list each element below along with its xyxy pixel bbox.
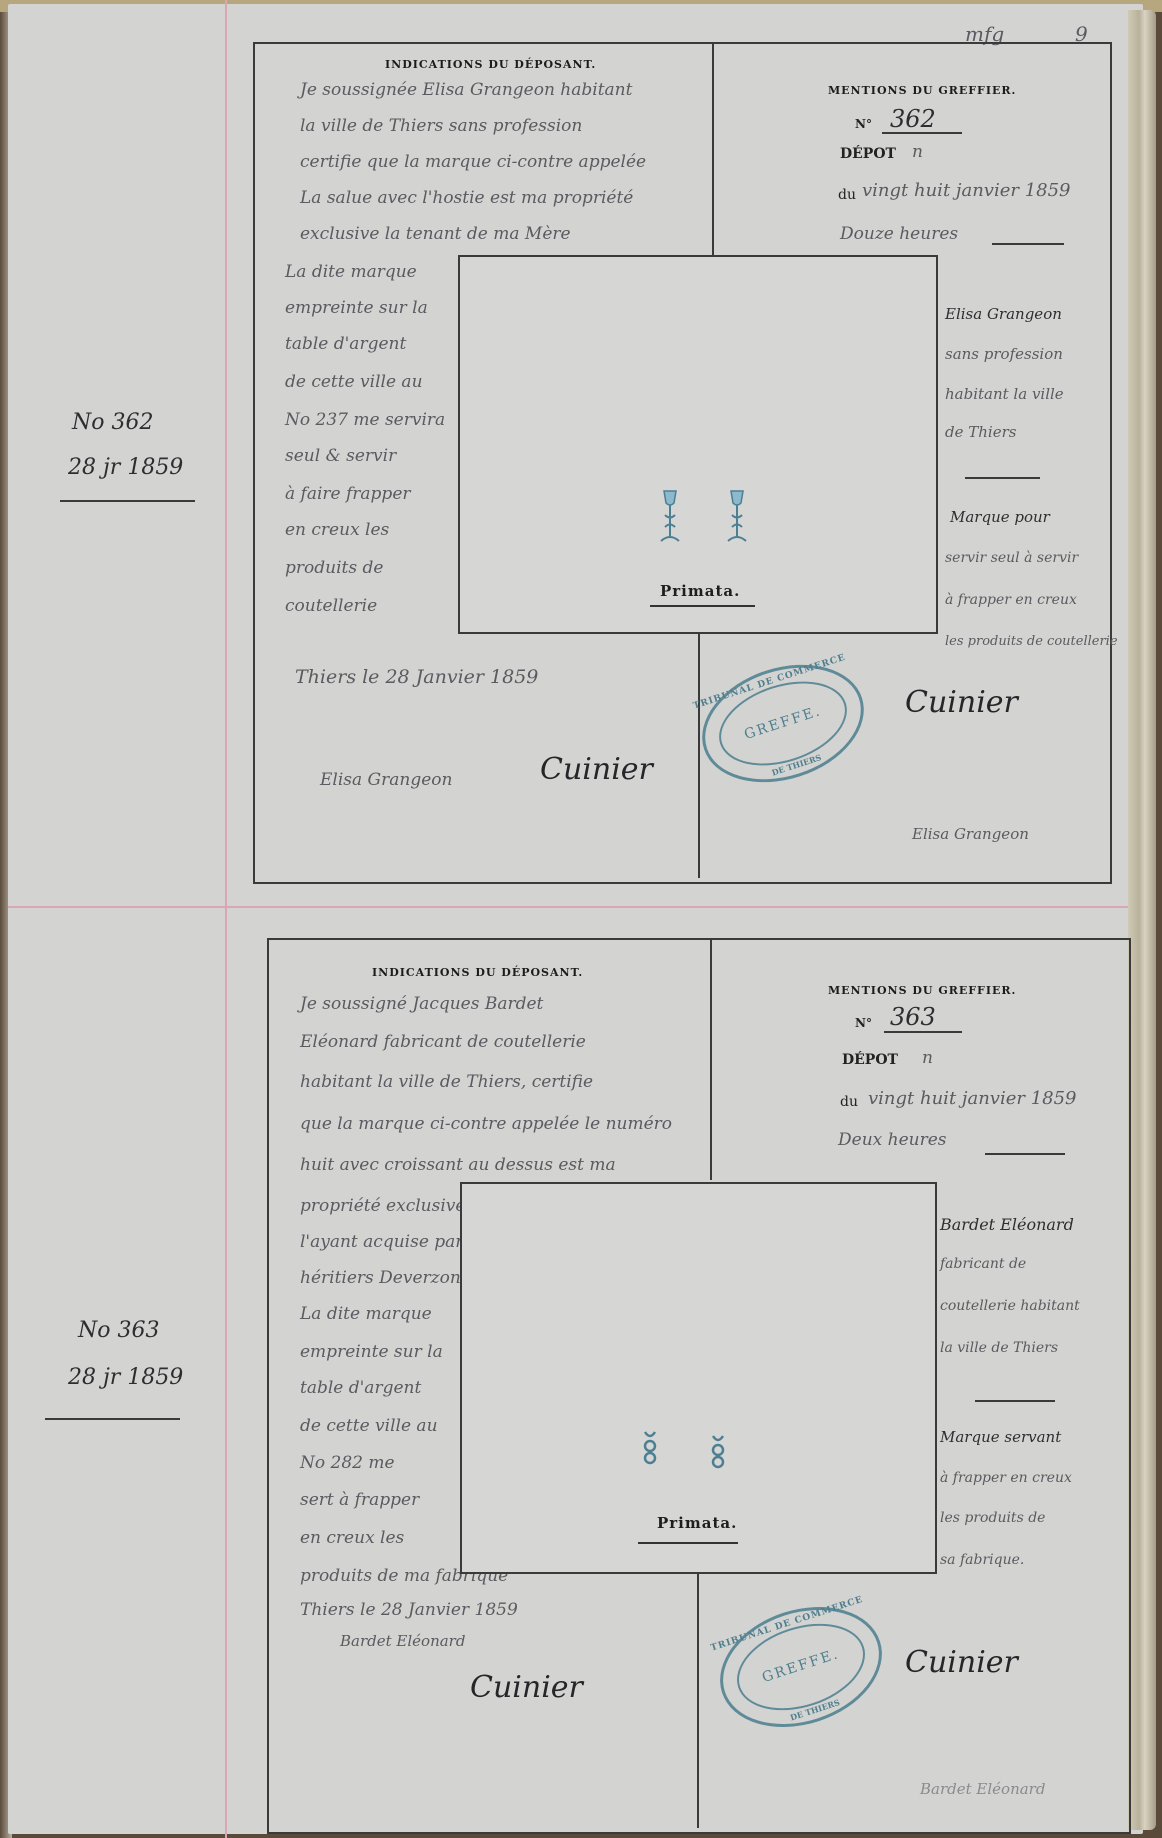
depositor-line: La dite marque [300, 1304, 432, 1324]
depositor-line: exclusive la tenant de ma Mère [300, 224, 571, 244]
column-divider-bottom [698, 633, 700, 878]
owner-line: Bardet Eléonard [940, 1215, 1074, 1234]
place-date: Thiers le 28 Janvier 1859 [300, 1600, 518, 1620]
owner-line: Elisa Grangeon [945, 305, 1062, 323]
depositor-line: certifie que la marque ci-contre appelée [300, 152, 646, 172]
crescent-eight-mark-icon [640, 1428, 660, 1468]
clerk-signature: Cuinier [905, 685, 1018, 720]
du-label: du [840, 1094, 858, 1110]
owner-underline [975, 1400, 1055, 1402]
margin-underline [45, 1418, 180, 1420]
depositor-line: No 237 me servira [285, 410, 445, 430]
mark-impression-box: Primata. [458, 255, 938, 634]
depositor-line: l'ayant acquise par [300, 1232, 463, 1252]
purpose-line: Marque pour [950, 508, 1050, 526]
owner-line: coutellerie habitant [940, 1298, 1080, 1314]
depot-suffix: n [922, 1048, 933, 1068]
number-underline [884, 1031, 962, 1033]
owner-line: sans profession [945, 345, 1063, 363]
owner-line: de Thiers [945, 423, 1016, 441]
depositor-line: sert à frapper [300, 1490, 419, 1510]
page-stack-edge [1128, 10, 1156, 1830]
mark-label-underline [638, 1542, 738, 1544]
purpose-line: servir seul à servir [945, 550, 1078, 566]
margin-rule-vertical [225, 0, 227, 1838]
mark-impression-box: Primata. [460, 1182, 937, 1574]
clerk-signature: Cuinier [470, 1670, 583, 1705]
number-label: N° [855, 117, 872, 131]
deposit-time: Deux heures [838, 1130, 947, 1150]
depositor-line: en creux les [300, 1528, 404, 1548]
place-date: Thiers le 28 Janvier 1859 [295, 666, 538, 688]
depositor-header: INDICATIONS DU DÉPOSANT. [385, 58, 596, 71]
depositor-line: Je soussignée Elisa Grangeon habitant [300, 80, 632, 100]
time-underline [992, 243, 1064, 245]
column-divider-bottom [697, 1572, 699, 1828]
deposit-date: vingt huit janvier 1859 [862, 180, 1071, 201]
depositor-line: empreinte sur la [285, 298, 428, 318]
mark-label: Primata. [657, 1514, 737, 1532]
depositor-line: à faire frapper [285, 484, 411, 504]
depot-label: DÉPOT [842, 1052, 898, 1068]
mark-label: Primata. [660, 582, 740, 600]
depositor-line: en creux les [285, 520, 389, 540]
deposit-date: vingt huit janvier 1859 [868, 1088, 1077, 1109]
depositor-line: coutellerie [285, 596, 377, 616]
margin-number: No 362 [72, 410, 153, 435]
depositor-line: empreinte sur la [300, 1342, 443, 1362]
chalice-mark-icon [655, 487, 685, 547]
depositor-line: la ville de Thiers sans profession [300, 116, 582, 136]
depositor-signature: Bardet Eléonard [340, 1632, 465, 1650]
owner-line: habitant la ville [945, 385, 1064, 403]
column-divider-top [712, 44, 714, 257]
purpose-line: les produits de [940, 1510, 1045, 1526]
depot-label: DÉPOT [840, 146, 896, 162]
depositor-line: de cette ville au [285, 372, 423, 392]
margin-underline [60, 500, 195, 502]
depositor-line: seul & servir [285, 446, 396, 466]
clerk-signature: Cuinier [540, 752, 653, 787]
owner-line: fabricant de [940, 1256, 1026, 1272]
depositor-line: No 282 me [300, 1453, 395, 1473]
depositor-line: La salue avec l'hostie est ma propriété [300, 188, 633, 208]
deposit-number: 362 [890, 105, 936, 133]
margin-date: 28 jr 1859 [68, 455, 183, 480]
owner-underline [965, 477, 1040, 479]
depositor-signature: Elisa Grangeon [320, 770, 452, 790]
purpose-line: à frapper en creux [945, 592, 1077, 608]
depositor-header: INDICATIONS DU DÉPOSANT. [372, 966, 583, 979]
depositor-line: de cette ville au [300, 1416, 438, 1436]
depot-suffix: n [912, 142, 923, 162]
depositor-line: table d'argent [285, 334, 406, 354]
purpose-line: les produits de coutellerie [945, 634, 1118, 649]
depositor-line: huit avec croissant au dessus est ma [300, 1155, 616, 1175]
deposit-time: Douze heures [840, 224, 958, 244]
depositor-line: Je soussigné Jacques Bardet [300, 994, 543, 1014]
depositor-signature: Bardet Eléonard [920, 1780, 1045, 1798]
chalice-mark-icon [722, 487, 752, 547]
depositor-line: propriété exclusive [300, 1196, 465, 1216]
number-underline [882, 132, 962, 134]
margin-date: 28 jr 1859 [68, 1365, 183, 1390]
depositor-line: habitant la ville de Thiers, certifie [300, 1072, 593, 1092]
clerk-signature: Cuinier [905, 1645, 1018, 1680]
time-underline [985, 1153, 1065, 1155]
purpose-line: Marque servant [940, 1428, 1061, 1446]
owner-line: la ville de Thiers [940, 1340, 1058, 1356]
depositor-line: que la marque ci-contre appelée le numér… [300, 1114, 672, 1134]
depositor-line: héritiers Deverzon [300, 1268, 461, 1288]
clerk-header: MENTIONS DU GREFFIER. [828, 84, 1016, 97]
deposit-number: 363 [890, 1003, 936, 1031]
margin-rule-horizontal [8, 906, 1128, 908]
crescent-eight-mark-icon [708, 1432, 728, 1472]
depositor-line: table d'argent [300, 1378, 421, 1398]
column-divider-top [710, 940, 712, 1180]
mark-label-underline [650, 605, 755, 607]
depositor-signature: Elisa Grangeon [912, 825, 1029, 843]
depositor-line: Eléonard fabricant de coutellerie [300, 1032, 586, 1052]
du-label: du [838, 187, 856, 203]
depositor-line: produits de [285, 558, 383, 578]
purpose-line: à frapper en creux [940, 1470, 1072, 1486]
margin-number: No 363 [78, 1318, 159, 1343]
number-label: N° [855, 1016, 872, 1030]
clerk-header: MENTIONS DU GREFFIER. [828, 984, 1016, 997]
purpose-line: sa fabrique. [940, 1552, 1024, 1568]
depositor-line: La dite marque [285, 262, 417, 282]
